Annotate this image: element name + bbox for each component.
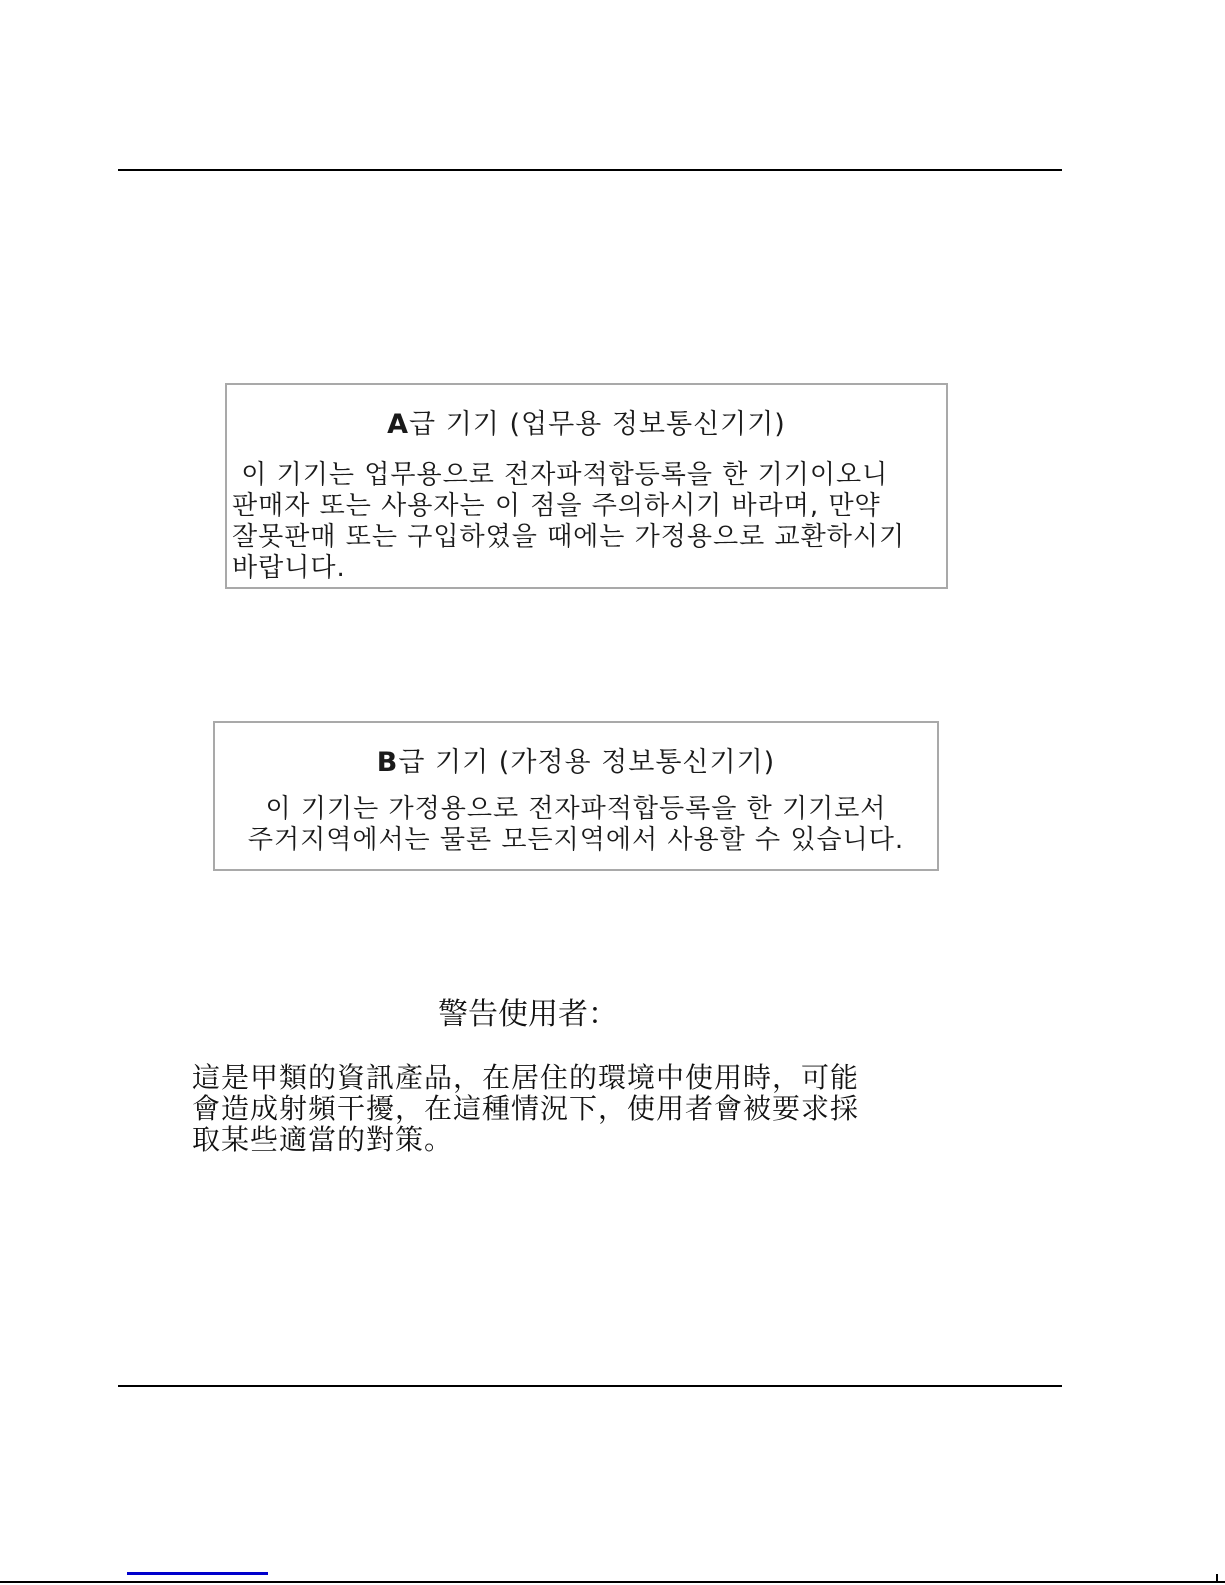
korean-class-b-notice-box: B급 기기 (가정용 정보통신기기) 이 기기는 가정용으로 전자파적합등록을 …: [213, 721, 939, 871]
korean-class-a-title-prefix: A: [387, 409, 409, 440]
korean-class-b-title-text: 급 기기 (가정용 정보통신기기): [398, 747, 775, 778]
korean-class-a-body-line: 판매자 또는 사용자는 이 점을 주의하시기 바라며, 만약: [232, 491, 946, 522]
chinese-warning-line: 會造成射頻干擾，在這種情況下，使用者會被要求採: [192, 1093, 859, 1124]
korean-class-a-title: A급 기기 (업무용 정보통신기기): [227, 409, 946, 441]
bottom-divider: [118, 1385, 1062, 1387]
korean-class-a-body-line: 이 기기는 업무용으로 전자파적합등록을 한 기기이오니: [232, 460, 946, 491]
korean-class-b-title-prefix: B: [377, 747, 399, 778]
korean-class-a-body-line: 잘못판매 또는 구입하였을 때에는 가정용으로 교환하시기: [232, 522, 946, 553]
korean-class-b-body-line: 주거지역에서는 물론 모든지역에서 사용할 수 있습니다.: [215, 825, 937, 856]
korean-class-a-notice-box: A급 기기 (업무용 정보통신기기) 이 기기는 업무용으로 전자파적합등록을 …: [225, 383, 948, 589]
chinese-warning-paragraph: 這是甲類的資訊產品，在居住的環境中使用時，可能 會造成射頻干擾，在這種情況下，使…: [192, 1062, 859, 1155]
korean-class-a-body-line: 바랍니다.: [232, 553, 946, 584]
korean-class-a-body: 이 기기는 업무용으로 전자파적합등록을 한 기기이오니 판매자 또는 사용자는…: [227, 460, 946, 584]
frame-bottom-edge: [0, 1581, 1225, 1583]
document-page: A급 기기 (업무용 정보통신기기) 이 기기는 업무용으로 전자파적합등록을 …: [0, 0, 1225, 1585]
korean-class-b-body-line: 이 기기는 가정용으로 전자파적합등록을 한 기기로서: [215, 794, 937, 825]
korean-class-a-title-text: 급 기기 (업무용 정보통신기기): [409, 409, 786, 440]
chinese-warning-heading: 警告使用者：: [438, 998, 618, 1032]
footer-link-underline[interactable]: [127, 1572, 268, 1575]
korean-class-b-title: B급 기기 (가정용 정보통신기기): [215, 747, 937, 779]
top-divider: [118, 169, 1062, 171]
frame-bottom-tick: [1216, 1574, 1218, 1583]
chinese-warning-line: 取某些適當的對策。: [192, 1124, 859, 1155]
chinese-warning-line: 這是甲類的資訊產品，在居住的環境中使用時，可能: [192, 1062, 859, 1093]
korean-class-b-body: 이 기기는 가정용으로 전자파적합등록을 한 기기로서 주거지역에서는 물론 모…: [215, 794, 937, 856]
